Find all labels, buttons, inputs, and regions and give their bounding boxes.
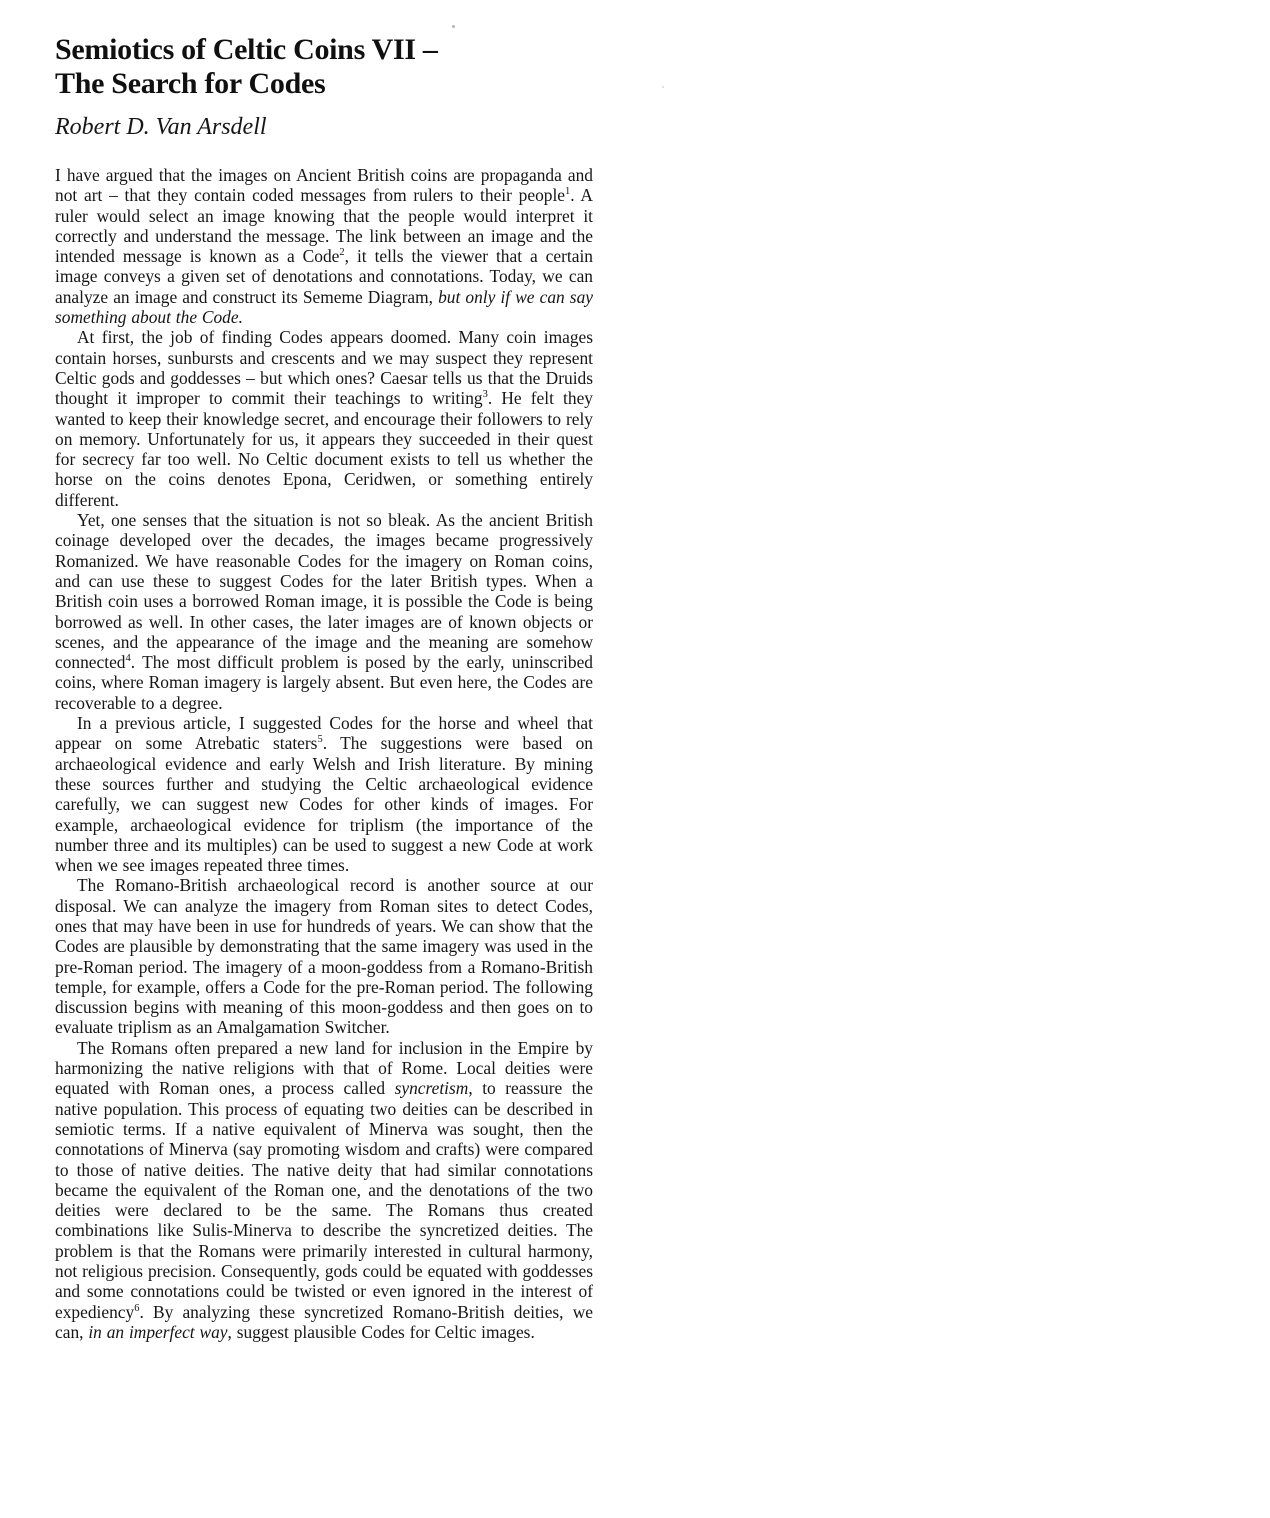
paragraph: I have argued that the images on Ancient… bbox=[55, 165, 593, 327]
article-title-line-2: The Search for Codes bbox=[55, 67, 593, 101]
scan-speck bbox=[452, 25, 455, 28]
page: Semiotics of Celtic Coins VII – The Sear… bbox=[0, 0, 1270, 1518]
text-segment: Yet, one senses that the situation is no… bbox=[55, 510, 593, 672]
text-segment: in an imperfect way bbox=[88, 1322, 227, 1342]
paragraph: At first, the job of finding Codes appea… bbox=[55, 327, 593, 510]
article-title-line-1: Semiotics of Celtic Coins VII – bbox=[55, 33, 593, 67]
paragraph: Yet, one senses that the situation is no… bbox=[55, 510, 593, 713]
text-segment: . The suggestions were based on archaeol… bbox=[55, 733, 593, 875]
article-author: Robert D. Van Arsdell bbox=[55, 113, 593, 141]
paragraph: The Romano-British archaeological record… bbox=[55, 875, 593, 1037]
text-segment: The Romano-British archaeological record… bbox=[55, 875, 593, 1037]
article-title: Semiotics of Celtic Coins VII – The Sear… bbox=[55, 33, 593, 101]
text-segment: , suggest plausible Codes for Celtic ima… bbox=[228, 1322, 535, 1342]
scan-speck bbox=[662, 86, 664, 88]
paragraph: In a previous article, I suggested Codes… bbox=[55, 713, 593, 875]
text-segment: . The most difficult problem is posed by… bbox=[55, 652, 593, 713]
paragraph: The Romans often prepared a new land for… bbox=[55, 1038, 593, 1342]
text-segment: syncretism bbox=[395, 1078, 469, 1098]
text-segment: I have argued that the images on Ancient… bbox=[55, 165, 593, 205]
text-segment: , to reassure the native population. Thi… bbox=[55, 1078, 593, 1321]
article: Semiotics of Celtic Coins VII – The Sear… bbox=[55, 33, 593, 1342]
article-body: I have argued that the images on Ancient… bbox=[55, 165, 593, 1342]
